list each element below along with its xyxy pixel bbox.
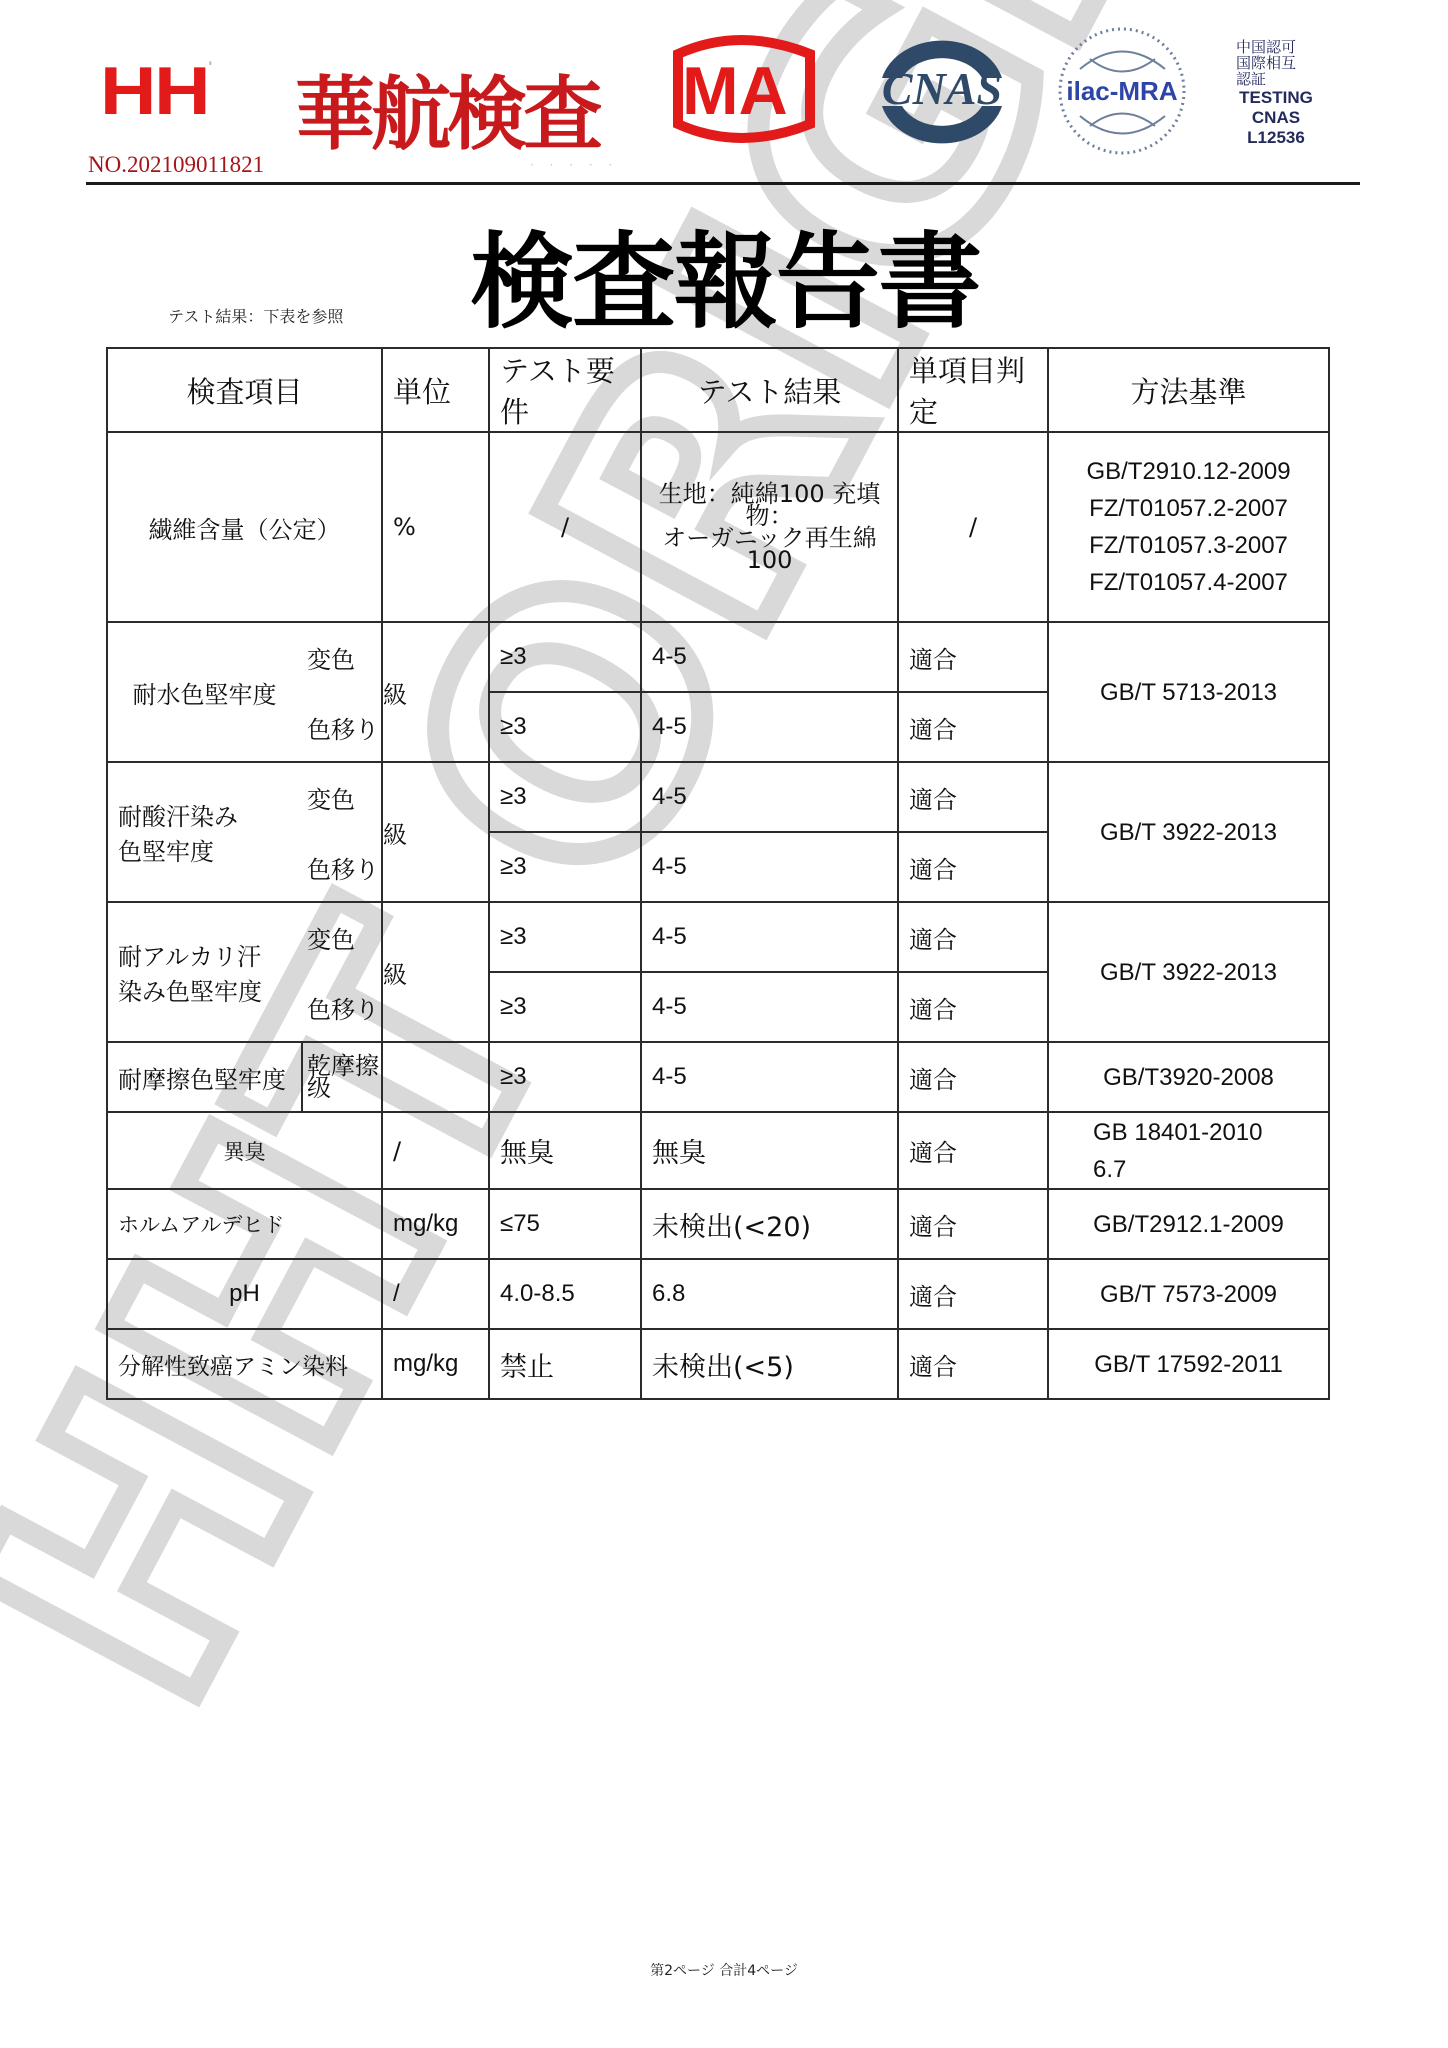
cell-sub: 乾摩擦 级 xyxy=(302,1042,382,1112)
ma-logo: MA xyxy=(660,34,820,144)
header-method: 方法基準 xyxy=(1048,348,1329,432)
hh-logo: HH' xyxy=(100,52,210,130)
item-line: 耐酸汗染み xyxy=(118,797,301,832)
method-line: FZ/T01057.3-2007 xyxy=(1049,527,1328,564)
cell-unit: 級 xyxy=(382,762,489,902)
accred-jp-line: 認証 xyxy=(1236,72,1316,88)
cell-result: 4-5 xyxy=(641,692,898,762)
cell-result: 6.8 xyxy=(641,1259,898,1329)
cell-unit: 級 xyxy=(382,622,489,762)
table-row-water-fastness: 耐水色堅牢度 変色 級 ≥3 4-5 適合 GB/T 5713-2013 xyxy=(107,622,1329,692)
accred-en-line: CNAS xyxy=(1236,109,1316,127)
cell-result: 未検出(<5) xyxy=(641,1329,898,1399)
cell-judgement: 適合 xyxy=(898,1329,1048,1399)
cell-method: GB/T2910.12-2009 FZ/T01057.2-2007 FZ/T01… xyxy=(1048,432,1329,622)
cell-item: 耐摩擦色堅牢度 xyxy=(107,1042,302,1112)
cell-judgement: 適合 xyxy=(898,622,1048,692)
cell-item: ホルムアルデヒド xyxy=(107,1189,382,1259)
table-row-alkali-fastness: 耐アルカリ汗 染み色堅牢度 変色 級 ≥3 4-5 適合 GB/T 3922-2… xyxy=(107,902,1329,972)
cell-item: pH xyxy=(107,1259,382,1329)
accred-en-line: L12536 xyxy=(1236,129,1316,147)
cell-sub: 色移り xyxy=(302,692,382,762)
cell-unit: / xyxy=(382,1112,489,1189)
cell-item: 耐水色堅牢度 xyxy=(107,622,302,762)
item-line: 染み色堅牢度 xyxy=(118,972,301,1007)
table-row-odor: 異臭 / 無臭 無臭 適合 GB 18401-2010 6.7 xyxy=(107,1112,1329,1189)
cell-item: 耐酸汗染み 色堅牢度 xyxy=(107,762,302,902)
cell-unit: mg/kg xyxy=(382,1329,489,1399)
cell-result: 4-5 xyxy=(641,762,898,832)
cell-judgement: 適合 xyxy=(898,1259,1048,1329)
cell-method: GB/T 3922-2013 xyxy=(1048,902,1329,1042)
sub-line: 级 xyxy=(307,1077,381,1099)
cell-judgement: 適合 xyxy=(898,1112,1048,1189)
method-line: GB/T2910.12-2009 xyxy=(1049,453,1328,490)
cell-requirement: / xyxy=(489,432,641,622)
item-line: 耐アルカリ汗 xyxy=(118,937,301,972)
cell-method: GB/T 3922-2013 xyxy=(1048,762,1329,902)
cell-result: 4-5 xyxy=(641,832,898,902)
cell-sub: 色移り xyxy=(302,972,382,1042)
table-row-formaldehyde: ホルムアルデヒド mg/kg ≤75 未検出(<20) 適合 GB/T2912.… xyxy=(107,1189,1329,1259)
cell-requirement: ≥3 xyxy=(489,832,641,902)
registered-mark: ' xyxy=(208,58,210,74)
cell-requirement: 4.0-8.5 xyxy=(489,1259,641,1329)
item-line: 色堅牢度 xyxy=(118,832,301,867)
results-note: テスト結果：下表を参照 xyxy=(168,304,343,327)
cell-unit xyxy=(382,1042,489,1112)
cnas-logo: CNAS xyxy=(862,32,1022,150)
header-divider xyxy=(86,182,1360,185)
page-title: 検査報告書 xyxy=(470,198,980,348)
table-row-acid-fastness: 耐酸汗染み 色堅牢度 変色 級 ≥3 4-5 適合 GB/T 3922-2013 xyxy=(107,762,1329,832)
cell-requirement: ≥3 xyxy=(489,1042,641,1112)
table-row-azo-dyes: 分解性致癌アミン染料 mg/kg 禁止 未検出(<5) 適合 GB/T 1759… xyxy=(107,1329,1329,1399)
cell-sub: 変色 xyxy=(302,902,382,972)
header-unit: 単位 xyxy=(382,348,489,432)
cell-sub: 色移り xyxy=(302,832,382,902)
cell-result: 4-5 xyxy=(641,972,898,1042)
cell-unit: 級 xyxy=(382,902,489,1042)
cell-judgement: 適合 xyxy=(898,972,1048,1042)
cell-method: GB/T 17592-2011 xyxy=(1048,1329,1329,1399)
header-result: テスト結果 xyxy=(641,348,898,432)
cell-requirement: 無臭 xyxy=(489,1112,641,1189)
cell-sub: 変色 xyxy=(302,762,382,832)
cell-item: 分解性致癌アミン染料 xyxy=(107,1329,382,1399)
cell-judgement: 適合 xyxy=(898,1042,1048,1112)
cell-judgement: 適合 xyxy=(898,762,1048,832)
table-header-row: 検査項目 単位 テスト要件 テスト結果 単項目判定 方法基準 xyxy=(107,348,1329,432)
cell-item: 耐アルカリ汗 染み色堅牢度 xyxy=(107,902,302,1042)
result-line: 生地：純綿100 充填物： xyxy=(642,483,897,527)
cell-unit: / xyxy=(382,1259,489,1329)
table-row-fiber: 繊維含量（公定） % / 生地：純綿100 充填物： オーガニック再生綿100 … xyxy=(107,432,1329,622)
cell-sub: 変色 xyxy=(302,622,382,692)
accred-en-line: TESTING xyxy=(1236,89,1316,107)
cell-item: 異臭 xyxy=(107,1112,382,1189)
result-line: オーガニック再生綿100 xyxy=(642,527,897,571)
cell-requirement: ≤75 xyxy=(489,1189,641,1259)
cell-requirement: ≥3 xyxy=(489,622,641,692)
cell-method: GB/T 7573-2009 xyxy=(1048,1259,1329,1329)
cell-unit: mg/kg xyxy=(382,1189,489,1259)
accreditation-block: 中国認可 国際相互 認証 TESTING CNAS L12536 xyxy=(1236,40,1316,147)
cell-judgement: 適合 xyxy=(898,1189,1048,1259)
cell-result: 4-5 xyxy=(641,622,898,692)
cell-requirement: 禁止 xyxy=(489,1329,641,1399)
page-footer: 第2ページ 合計4ページ xyxy=(0,1960,1448,1980)
cell-result: 無臭 xyxy=(641,1112,898,1189)
header-requirement: テスト要件 xyxy=(489,348,641,432)
cell-result: 生地：純綿100 充填物： オーガニック再生綿100 xyxy=(641,432,898,622)
cell-judgement: 適合 xyxy=(898,902,1048,972)
ma-logo-text: MA xyxy=(682,53,788,129)
cell-result: 4-5 xyxy=(641,1042,898,1112)
brand-name: 華航検査 xyxy=(295,50,599,165)
ilac-mra-logo: ilac-MRA xyxy=(1055,24,1190,159)
cell-result: 未検出(<20) xyxy=(641,1189,898,1259)
cell-method: GB/T2912.1-2009 xyxy=(1048,1189,1329,1259)
cell-judgement: / xyxy=(898,432,1048,622)
cell-requirement: ≥3 xyxy=(489,692,641,762)
method-line: GB 18401-2010 xyxy=(1093,1114,1328,1151)
cell-result: 4-5 xyxy=(641,902,898,972)
hh-logo-text: HH xyxy=(100,53,208,129)
cell-requirement: ≥3 xyxy=(489,762,641,832)
ilac-logo-text: ilac-MRA xyxy=(1066,76,1177,106)
cell-requirement: ≥3 xyxy=(489,972,641,1042)
method-line: 6.7 xyxy=(1093,1151,1328,1188)
cnas-logo-text: CNAS xyxy=(882,63,1002,114)
table-row-rubbing-fastness: 耐摩擦色堅牢度 乾摩擦 级 ≥3 4-5 適合 GB/T3920-2008 xyxy=(107,1042,1329,1112)
results-table: 検査項目 単位 テスト要件 テスト結果 単項目判定 方法基準 繊維含量（公定） … xyxy=(106,347,1330,1400)
table-row-ph: pH / 4.0-8.5 6.8 適合 GB/T 7573-2009 xyxy=(107,1259,1329,1329)
cell-method: GB/T 5713-2013 xyxy=(1048,622,1329,762)
method-line: FZ/T01057.2-2007 xyxy=(1049,490,1328,527)
faint-stamp: · · · · · xyxy=(530,158,618,172)
method-line: FZ/T01057.4-2007 xyxy=(1049,564,1328,601)
report-number: NO.202109011821 xyxy=(88,152,264,178)
cell-method: GB 18401-2010 6.7 xyxy=(1048,1112,1329,1189)
cell-requirement: ≥3 xyxy=(489,902,641,972)
cell-item: 繊維含量（公定） xyxy=(107,432,382,622)
header-item: 検査項目 xyxy=(107,348,382,432)
cell-judgement: 適合 xyxy=(898,832,1048,902)
header-judgement: 単項目判定 xyxy=(898,348,1048,432)
cell-unit: % xyxy=(382,432,489,622)
cell-judgement: 適合 xyxy=(898,692,1048,762)
cell-method: GB/T3920-2008 xyxy=(1048,1042,1329,1112)
